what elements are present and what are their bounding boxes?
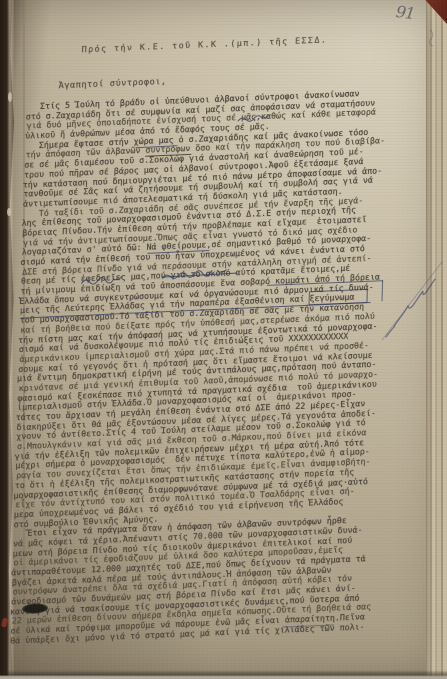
salutation-line: Ἀγαπητοί σύντροφοι,	[58, 77, 166, 91]
recipient-line: Πρός τήν Κ.Ε. τοῦ Κ.Κ .(μπ.) τῆς ΕΣΣΔ.	[81, 34, 327, 54]
typed-letter: Πρός τήν Κ.Ε. τοῦ Κ.Κ .(μπ.) τῆς ΕΣΣΔ. Ἀ…	[8, 22, 432, 660]
archive-page-photo: 91 Πρός τήν Κ.Ε. τοῦ Κ.Κ .(μπ.) τῆς ΕΣΣΔ…	[0, 0, 447, 679]
page-number: 91	[395, 2, 416, 23]
page-bottom-edge	[0, 670, 447, 679]
letter-body: Στίς 5 Ἰούλη τό βράδυ οἱ ὑπεύθυνοι ἀλβαν…	[10, 87, 406, 646]
